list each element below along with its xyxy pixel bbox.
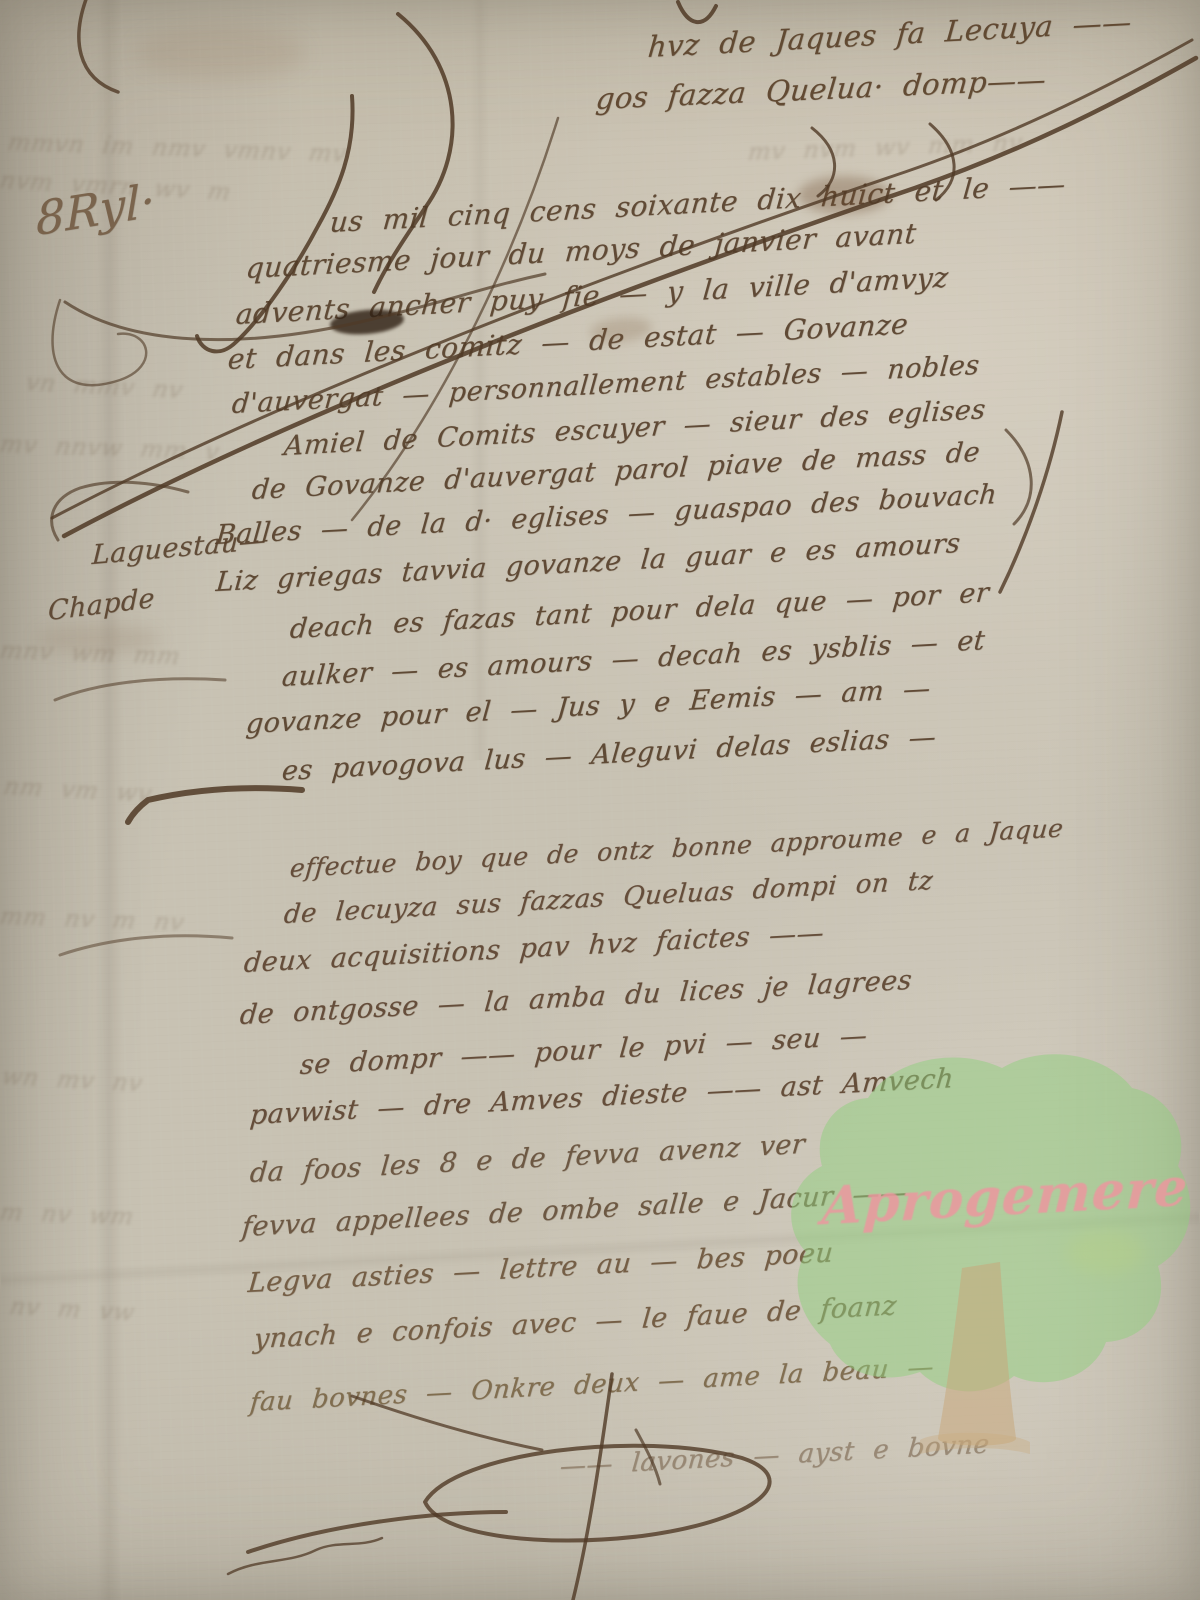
ink-smudge	[798, 176, 890, 214]
stain-layer	[0, 0, 1200, 1600]
paper-stain	[1066, 1230, 1144, 1274]
paper-stain	[136, 26, 306, 80]
paper-stain	[36, 624, 160, 654]
manuscript-photo: mmvn im nmv vmnv mvnvm vmrn wv mmv nvm w…	[0, 0, 1200, 1600]
ink-blot	[329, 307, 405, 337]
ink-smudge	[589, 315, 653, 345]
